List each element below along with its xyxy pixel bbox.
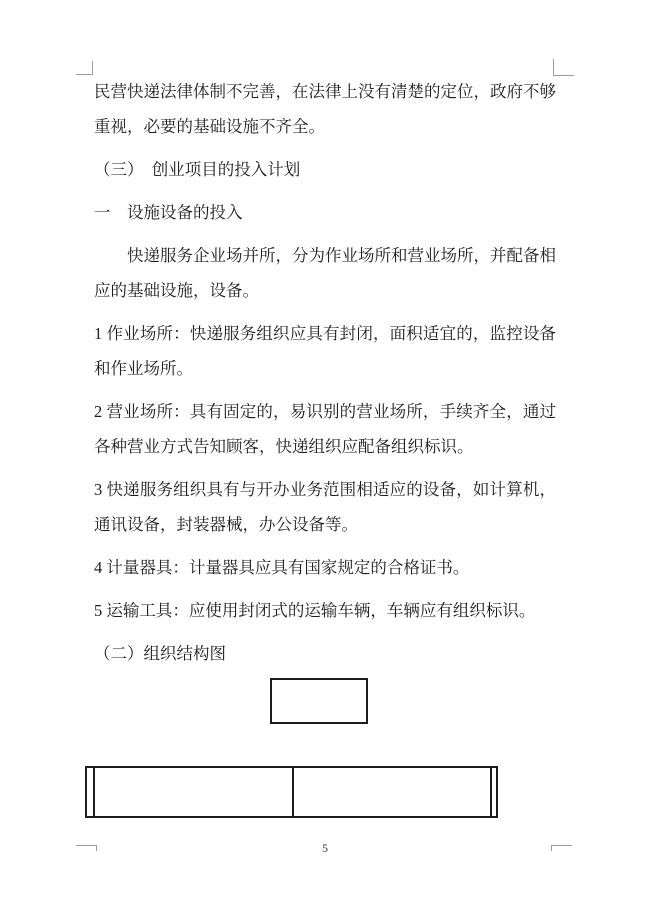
item-5-transport-vehicles: 5 运输工具：应使用封闭式的运输车辆，车辆应有组织标识。	[94, 593, 556, 628]
org-chart-cell-divider-right	[490, 768, 492, 816]
org-chart-cell-divider-middle	[292, 768, 294, 816]
paragraph-facilities-intro: 快递服务企业场并所，分为作业场所和营业场所，并配备相应的基础设施，设备。	[94, 238, 556, 308]
item-4-measuring-instruments: 4 计量器具：计量器具应具有国家规定的合格证书。	[94, 550, 556, 585]
section-heading-investment-plan: （三） 创业项目的投入计划	[94, 152, 556, 187]
org-chart-bottom-row	[85, 766, 498, 818]
item-2-business-site: 2 营业场所：具有固定的，易识别的营业场所，手续齐全，通过各种营业方式告知顾客，…	[94, 394, 556, 464]
document-page: 民营快递法律体制不完善，在法律上没有清楚的定位，政府不够重视，必要的基础设施不齐…	[0, 0, 650, 920]
item-1-work-site: 1 作业场所：快递服务组织应具有封闭，面积适宜的，监控设备和作业场所。	[94, 316, 556, 386]
text-boundary-mark-top-right	[553, 59, 574, 76]
org-chart-empty-box	[270, 678, 368, 724]
page-body: 民营快递法律体制不完善，在法律上没有清楚的定位，政府不够重视，必要的基础设施不齐…	[94, 74, 556, 679]
subheading-org-structure-chart: （二）组织结构图	[94, 636, 556, 671]
subheading-facilities-investment: 一 设施设备的投入	[94, 195, 556, 230]
page-number: 5	[0, 841, 650, 856]
org-chart-cell-divider-left	[93, 768, 95, 816]
item-3-equipment: 3 快递服务组织具有与开办业务范围相适应的设备，如计算机，通讯设备，封装器械，办…	[94, 472, 556, 542]
paragraph-legal-system: 民营快递法律体制不完善，在法律上没有清楚的定位，政府不够重视，必要的基础设施不齐…	[94, 74, 556, 144]
text-boundary-mark-top-left	[76, 61, 93, 75]
